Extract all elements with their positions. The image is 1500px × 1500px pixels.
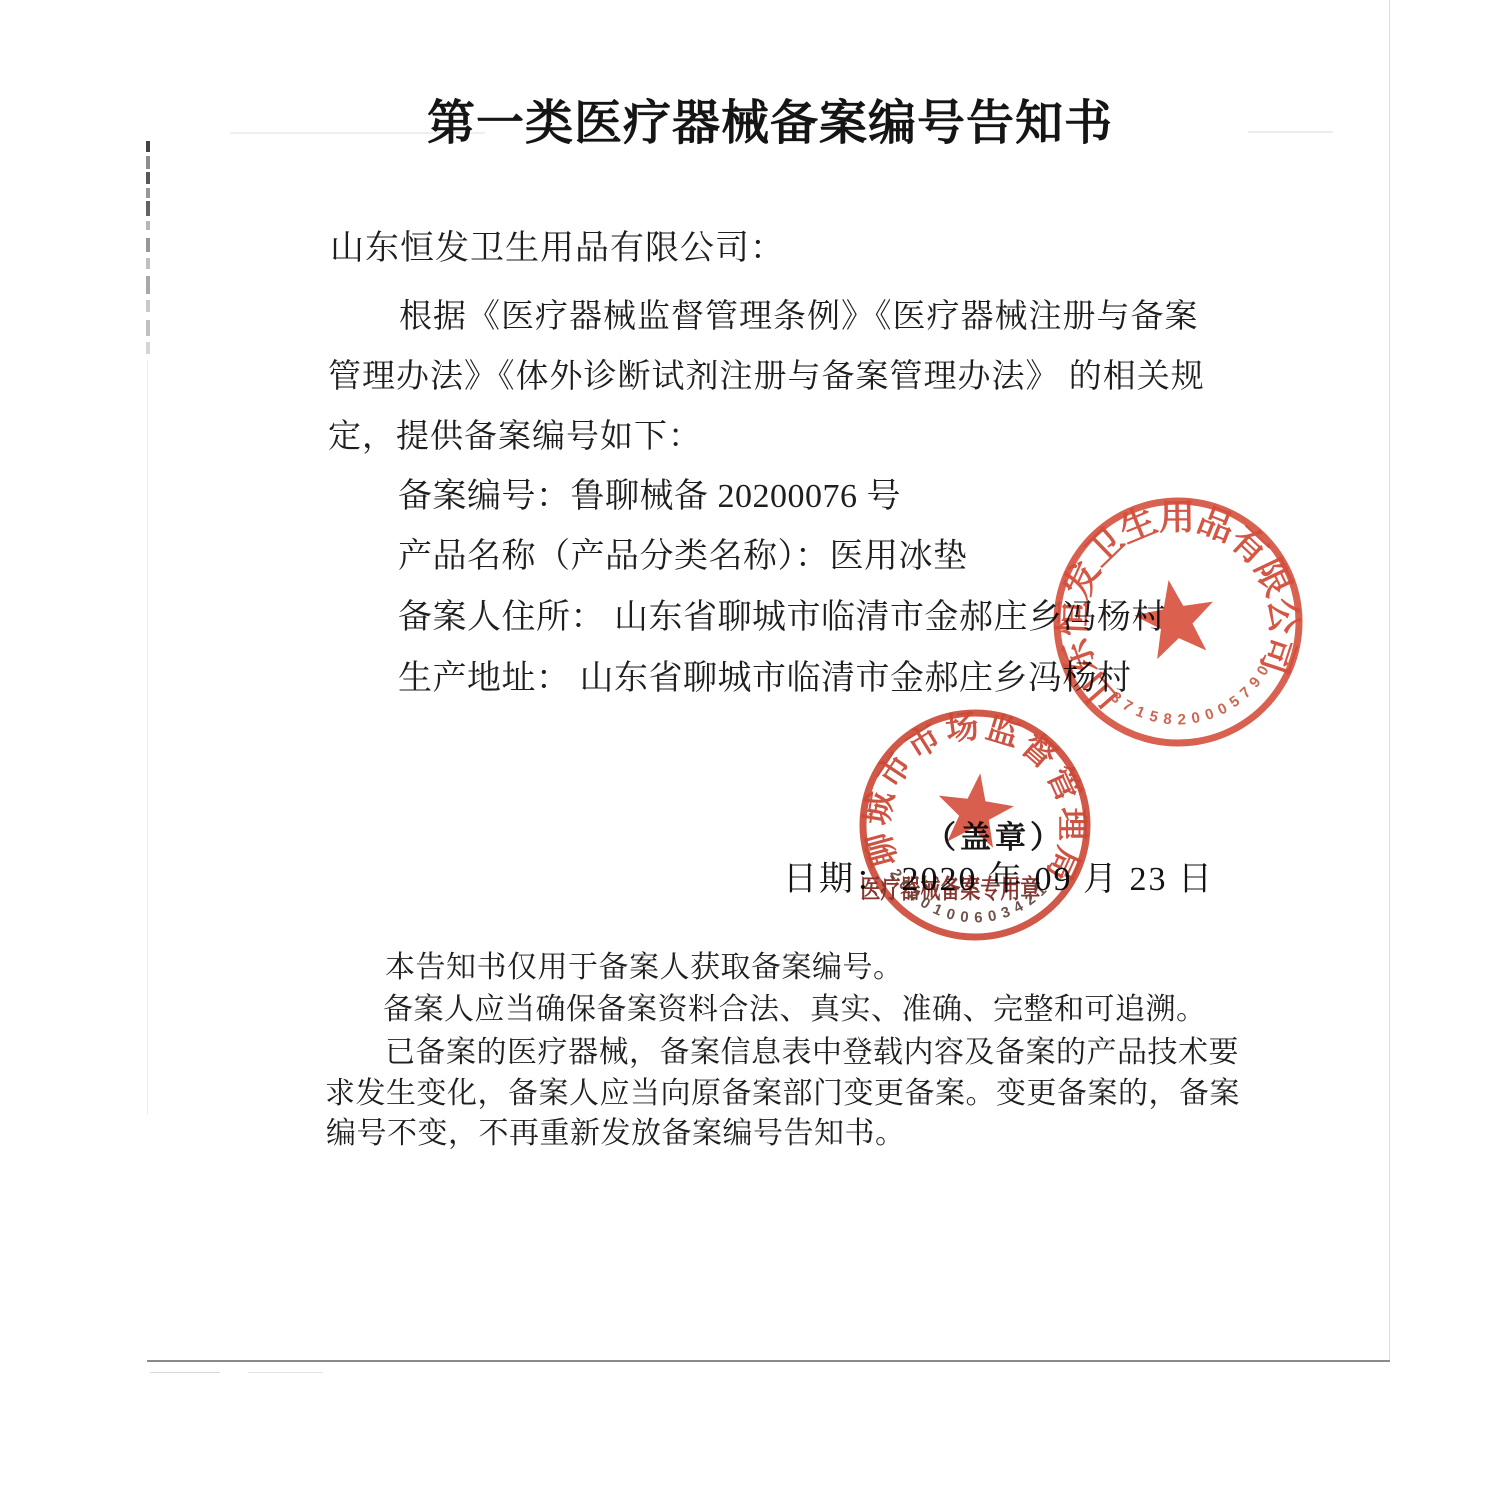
scan-line-artifact xyxy=(150,1372,220,1373)
detail-line-production-address: 生产地址： 山东省聊城市临清市金郝庄乡冯杨村 xyxy=(398,650,1132,699)
recipient-line: 山东恒发卫生用品有限公司： xyxy=(330,220,785,269)
scan-dash-artifact xyxy=(146,201,150,216)
detail-line-filing-number: 备案编号：鲁聊械备 20200076 号 xyxy=(398,468,901,517)
scan-dash-artifact xyxy=(146,300,150,312)
scan-dash-artifact xyxy=(146,221,150,230)
body-line: 根据《医疗器械监督管理条例》《医疗器械注册与备案 xyxy=(399,290,1199,337)
svg-text:3715820005790: 3715820005790 xyxy=(1105,661,1280,742)
page-edge-right xyxy=(1389,0,1390,1360)
note-line: 本告知书仅用于备案人获取备案编号。 xyxy=(385,942,904,986)
scan-dash-artifact xyxy=(146,276,150,294)
page-edge-left xyxy=(147,360,148,1115)
scan-line-artifact xyxy=(248,1372,323,1373)
authority-seal-inner-text: 医疗器械备案专用章 xyxy=(860,874,1040,904)
note-line: 已备案的医疗器械，备案信息表中登载内容及备案的产品技术要 xyxy=(385,1027,1239,1071)
scan-dash-artifact xyxy=(146,258,150,269)
body-line: 定，提供备案编号如下： xyxy=(328,410,702,457)
body-line: 管理办法》《体外诊断试剂注册与备案管理办法》 的相关规 xyxy=(328,350,1205,397)
note-line: 备案人应当确保备案资料合法、真实、准确、完整和可追溯。 xyxy=(383,984,1207,1028)
note-line: 求发生变化，备案人应当向原备案部门变更备案。变更备案的，备案 xyxy=(325,1068,1240,1112)
scan-dash-artifact xyxy=(146,342,150,354)
scan-dash-artifact xyxy=(146,320,150,336)
scanned-notice-page: 第一类医疗器械备案编号告知书 山东恒发卫生用品有限公司： 根据《医疗器械监督管理… xyxy=(0,0,1500,1500)
authority-seal-star-icon xyxy=(933,768,1018,850)
company-seal-serial-number: 3715820005790 xyxy=(1105,661,1280,742)
scan-dash-artifact xyxy=(146,238,150,252)
scan-dash-artifact xyxy=(146,172,150,184)
authority-seal-stamp: 聊城市市场监督管理局 医疗器械备案专用章 2020100603421 xyxy=(834,684,1116,966)
company-seal-star-icon xyxy=(1129,573,1221,662)
scan-dash-artifact xyxy=(146,188,150,198)
note-line: 编号不变，不再重新发放备案编号告知书。 xyxy=(326,1108,906,1152)
document-title: 第一类医疗器械备案编号告知书 xyxy=(40,84,1500,153)
scan-dash-artifact xyxy=(146,156,150,169)
page-edge-bottom xyxy=(147,1360,1390,1362)
detail-line-product-name: 产品名称（产品分类名称）：医用冰垫 xyxy=(398,528,968,577)
